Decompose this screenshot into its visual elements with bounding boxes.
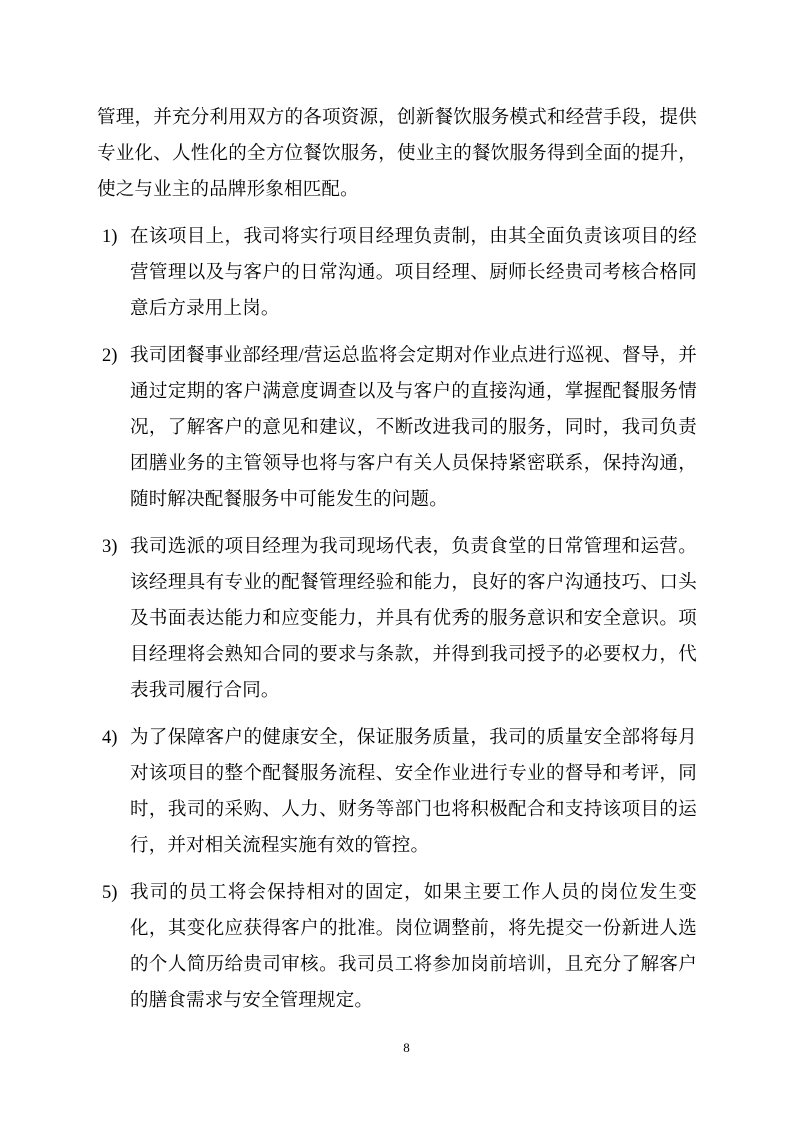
list-item-text: 在该项目上，我司将实行项目经理负责制，由其全面负责该项目的经营管理以及与客户的日… xyxy=(130,227,697,319)
list-item-3: 3) 我司选派的项目经理为我司现场代表，负责食堂的日常管理和运营。该经理具有专业… xyxy=(97,529,697,709)
list-item-marker: 5) xyxy=(102,875,117,911)
list-item-text: 我司团餐事业部经理/营运总监将会定期对作业点进行巡视、督导，并通过定期的客户满意… xyxy=(130,346,697,510)
list-item-marker: 3) xyxy=(102,529,117,565)
list-item-1: 1) 在该项目上，我司将实行项目经理负责制，由其全面负责该项目的经营管理以及与客… xyxy=(97,219,697,327)
document-page: 管理，并充分利用双方的各项资源，创新餐饮服务模式和经营手段，提供专业化、人性化的… xyxy=(0,0,793,1122)
page-number: 8 xyxy=(10,1039,793,1057)
list-item-marker: 2) xyxy=(102,338,117,374)
intro-paragraph: 管理，并充分利用双方的各项资源，创新餐饮服务模式和经营手段，提供专业化、人性化的… xyxy=(97,100,697,208)
list-item-5: 5) 我司的员工将会保持相对的固定，如果主要工作人员的岗位发生变化，其变化应获得… xyxy=(97,875,697,1019)
numbered-list: 1) 在该项目上，我司将实行项目经理负责制，由其全面负责该项目的经营管理以及与客… xyxy=(97,219,697,1019)
list-item-marker: 4) xyxy=(102,720,117,756)
list-item-text: 我司选派的项目经理为我司现场代表，负责食堂的日常管理和运营。该经理具有专业的配餐… xyxy=(130,537,697,701)
list-item-marker: 1) xyxy=(102,219,117,255)
page-content: 管理，并充分利用双方的各项资源，创新餐饮服务模式和经营手段，提供专业化、人性化的… xyxy=(97,100,697,1019)
list-item-2: 2) 我司团餐事业部经理/营运总监将会定期对作业点进行巡视、督导，并通过定期的客… xyxy=(97,338,697,518)
list-item-4: 4) 为了保障客户的健康安全，保证服务质量，我司的质量安全部将每月对该项目的整个… xyxy=(97,720,697,864)
list-item-text: 我司的员工将会保持相对的固定，如果主要工作人员的岗位发生变化，其变化应获得客户的… xyxy=(130,883,697,1011)
list-item-text: 为了保障客户的健康安全，保证服务质量，我司的质量安全部将每月对该项目的整个配餐服… xyxy=(130,728,697,856)
